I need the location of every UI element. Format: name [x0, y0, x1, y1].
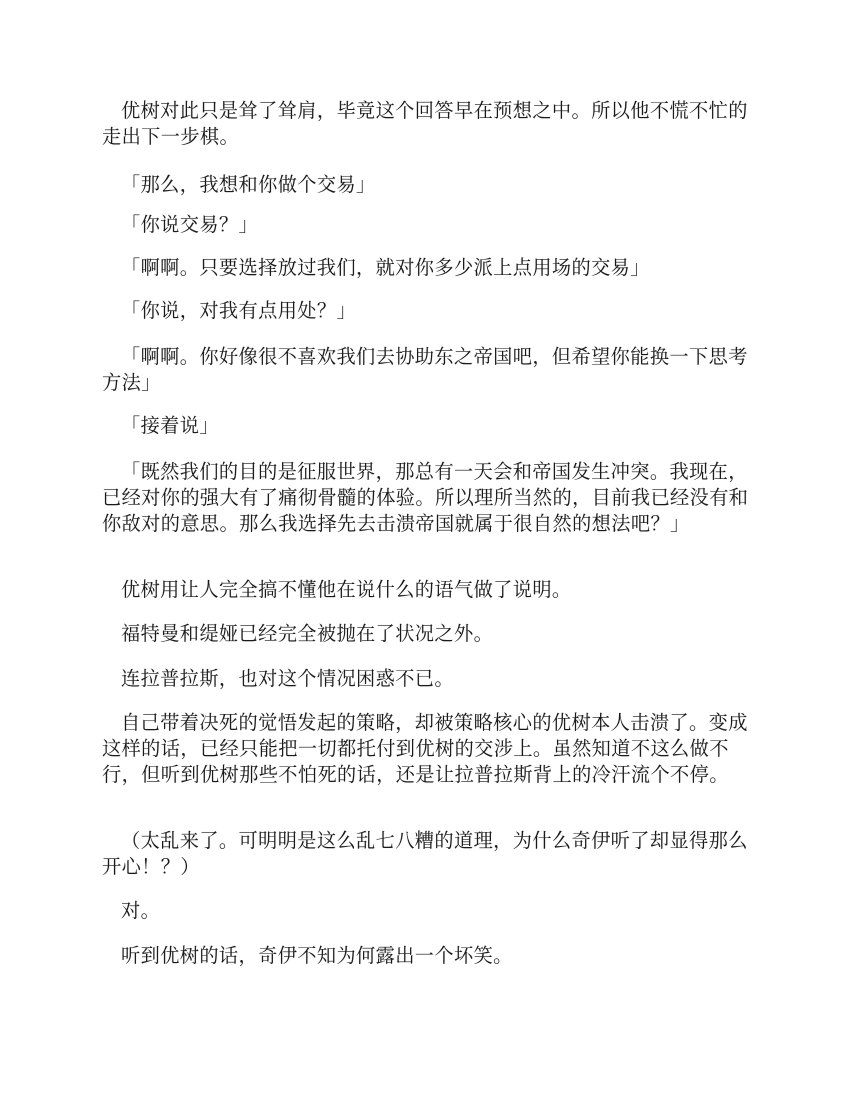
paragraph: 福特曼和缇娅已经完全被抛在了状况之外。: [102, 621, 750, 647]
paragraph: 对。: [102, 898, 750, 924]
paragraph: 「啊啊。你好像很不喜欢我们去协助东之帝国吧，但希望你能换一下思考方法」: [102, 344, 750, 396]
paragraph: 「那么，我想和你做个交易」: [102, 172, 750, 198]
paragraph: 「你说交易？」: [102, 212, 750, 238]
paragraph: 听到优树的话，奇伊不知为何露出一个坏笑。: [102, 943, 750, 969]
paragraph: 「啊啊。只要选择放过我们，就对你多少派上点用场的交易」: [102, 255, 750, 281]
paragraph: 「你说，对我有点用处？」: [102, 298, 750, 324]
paragraph: 「既然我们的目的是征服世界，那总有一天会和帝国发生冲突。我现在，已经对你的强大有…: [102, 459, 750, 537]
paragraph: 自己带着决死的觉悟发起的策略，却被策略核心的优树本人击溃了。变成这样的话，已经只…: [102, 710, 750, 788]
paragraph: 优树用让人完全搞不懂他在说什么的语气做了说明。: [102, 577, 750, 603]
paragraph: 优树对此只是耸了耸肩，毕竟这个回答早在预想之中。所以他不慌不忙的走出下一步棋。: [102, 98, 750, 150]
paragraph: 连拉普拉斯，也对这个情况困惑不已。: [102, 666, 750, 692]
paragraph: （太乱来了。可明明是这么乱七八糟的道理，为什么奇伊听了却显得那么开心！？）: [102, 828, 750, 880]
paragraph: 「接着说」: [102, 413, 750, 439]
